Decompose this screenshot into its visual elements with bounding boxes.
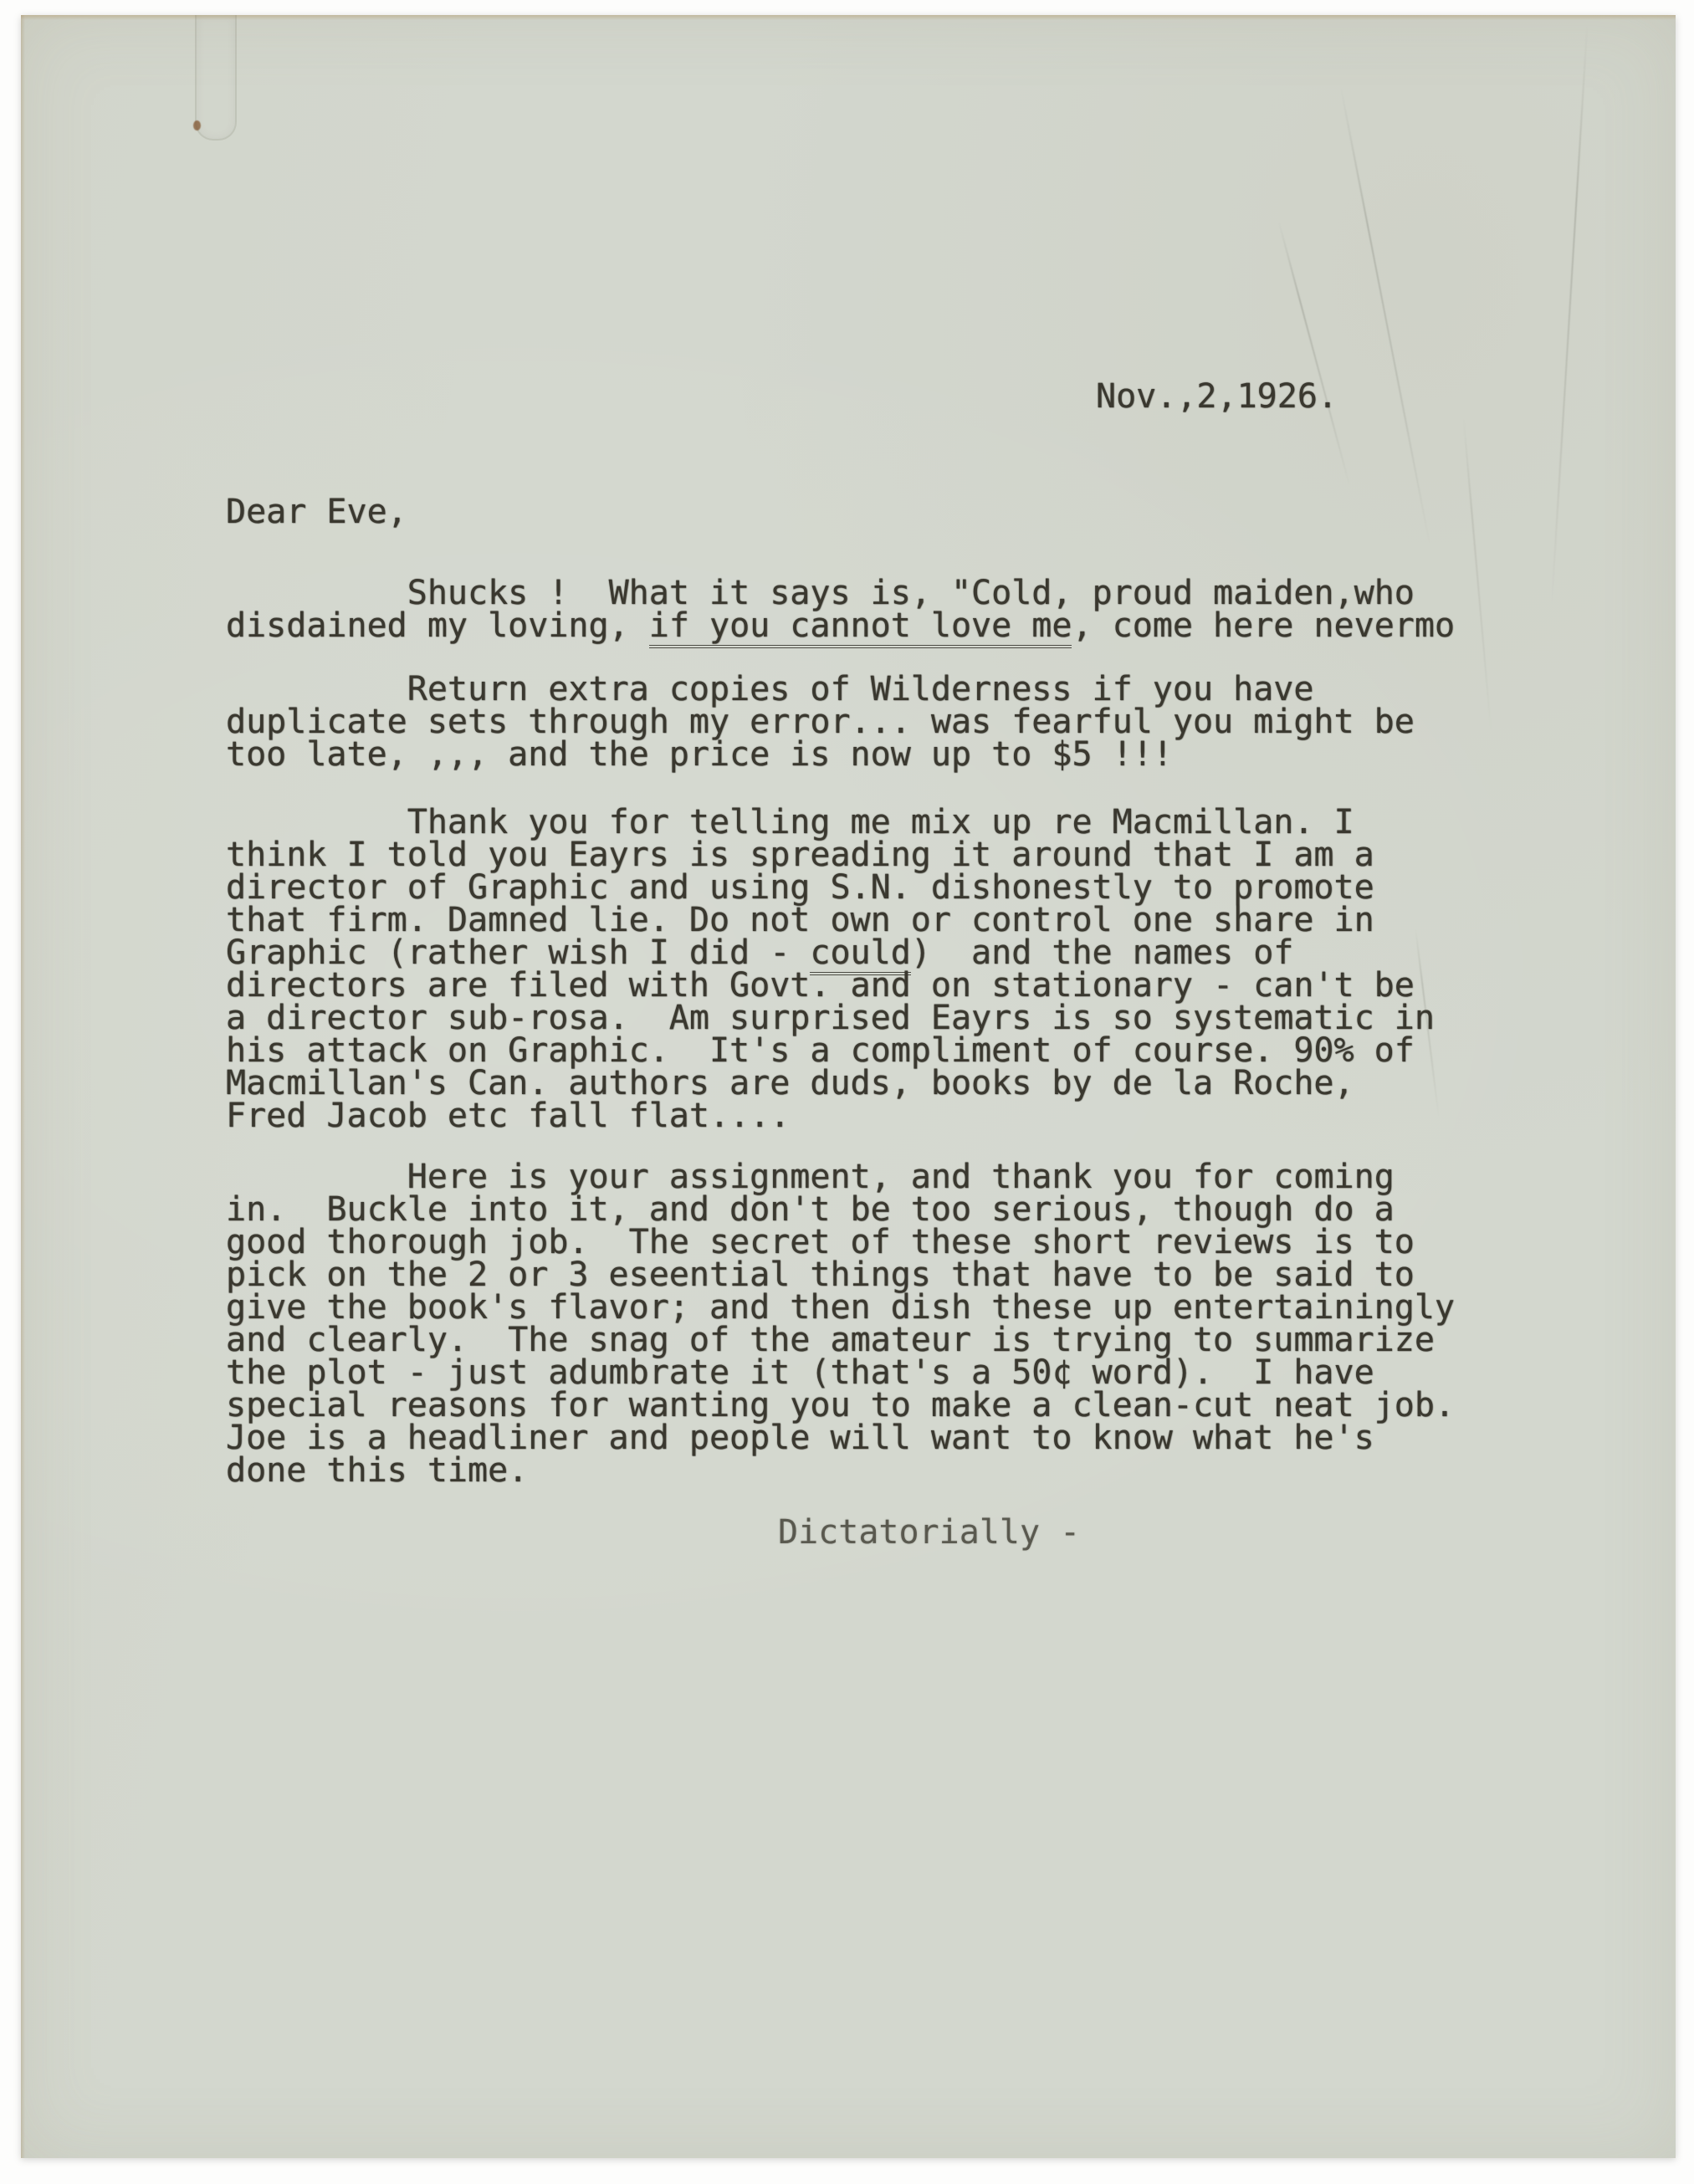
crease-mark bbox=[1551, 24, 1589, 609]
letter-paragraph-2: Return extra copies of Wilderness if you… bbox=[226, 673, 1497, 771]
letter-paragraph-1: Shucks ! What it says is, "Cold, proud m… bbox=[226, 577, 1497, 642]
letter-paper: Nov.,2,1926. Dear Eve, Shucks ! What it … bbox=[21, 15, 1676, 2158]
scanned-letter: Nov.,2,1926. Dear Eve, Shucks ! What it … bbox=[0, 0, 1694, 2184]
letter-closing: Dictatorially - bbox=[778, 1517, 1497, 1549]
letter-body: Nov.,2,1926. Dear Eve, Shucks ! What it … bbox=[226, 15, 1497, 1549]
letter-date: Nov.,2,1926. bbox=[1096, 381, 1497, 413]
rust-spot bbox=[193, 120, 201, 130]
letter-paragraph-4: Here is your assignment, and thank you f… bbox=[226, 1161, 1497, 1487]
letter-paragraph-3: Thank you for telling me mix up re Macmi… bbox=[226, 806, 1497, 1133]
letter-salutation: Dear Eve, bbox=[226, 496, 1497, 529]
